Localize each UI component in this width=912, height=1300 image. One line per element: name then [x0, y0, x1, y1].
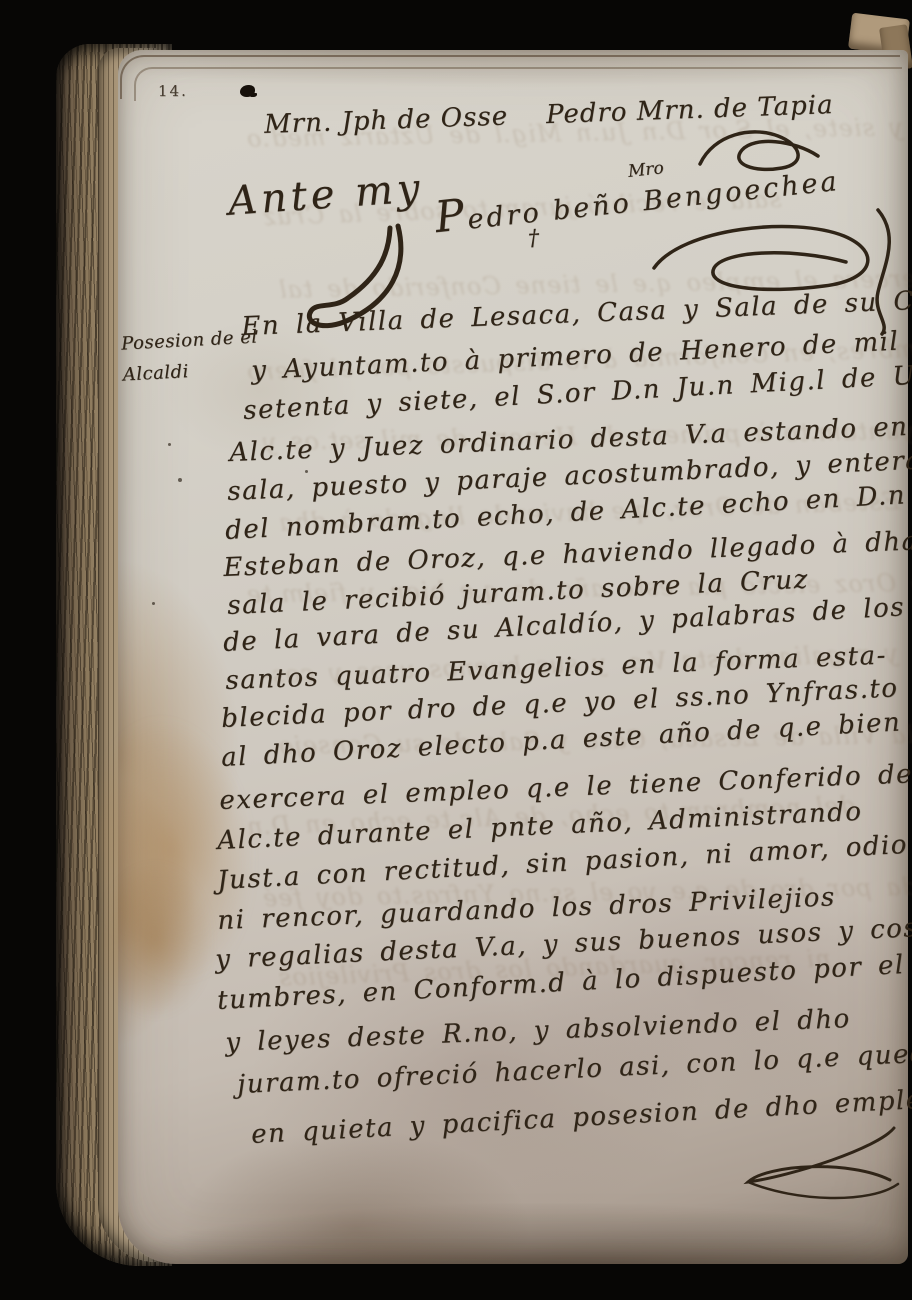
cross-mark: † — [527, 226, 539, 252]
paper-stain — [80, 840, 230, 1040]
margin-note: Posesion de el Alcaldi — [120, 322, 260, 390]
ink-speck — [305, 470, 308, 473]
ink-speck — [168, 443, 171, 446]
folio-mark: 14. — [158, 82, 188, 100]
ink-speck — [330, 408, 332, 410]
ink-speck — [152, 602, 155, 605]
manuscript-photograph: setenta y siete, el S.or D.n Ju.n Mig.l … — [0, 0, 912, 1300]
final-paraph — [732, 1122, 902, 1214]
ink-speck — [178, 478, 182, 482]
